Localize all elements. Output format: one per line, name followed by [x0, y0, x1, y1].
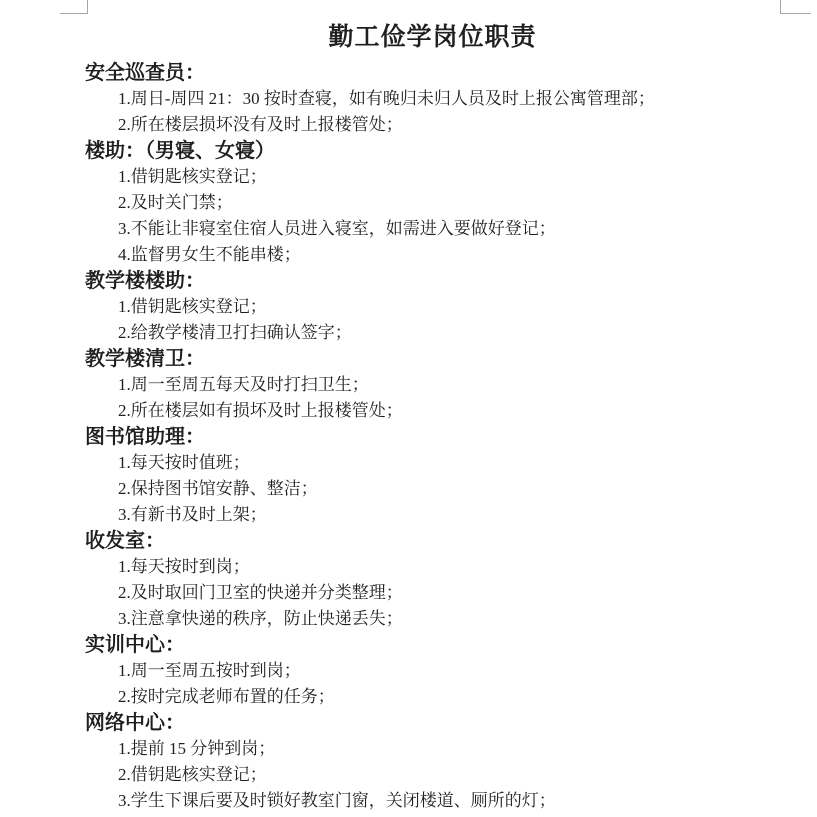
section-item: 1.提前 15 分钟到岗；: [85, 736, 780, 762]
section-heading: 教学楼清卫：: [85, 346, 780, 372]
section-item: 1.周一至周五按时到岗；: [85, 658, 780, 684]
section-heading: 实训中心：: [85, 632, 780, 658]
section-training-center: 实训中心： 1.周一至周五按时到岗； 2.按时完成老师布置的任务；: [85, 632, 780, 710]
section-heading: 安全巡查员：: [85, 60, 780, 86]
section-item: 2.借钥匙核实登记；: [85, 762, 780, 788]
section-mail-room: 收发室： 1.每天按时到岗； 2.及时取回门卫室的快递并分类整理； 3.注意拿快…: [85, 528, 780, 632]
section-item: 1.每天按时值班；: [85, 450, 780, 476]
section-item: 2.及时取回门卫室的快递并分类整理；: [85, 580, 780, 606]
section-network-center: 网络中心： 1.提前 15 分钟到岗； 2.借钥匙核实登记； 3.学生下课后要及…: [85, 710, 780, 814]
section-item: 2.保持图书馆安静、整洁；: [85, 476, 780, 502]
section-item: 2.所在楼层损坏没有及时上报楼管处；: [85, 112, 780, 138]
document-body: 勤工俭学岗位职责 安全巡查员： 1.周日-周四 21：30 按时查寝，如有晚归未…: [85, 22, 780, 814]
section-library-assistant: 图书馆助理： 1.每天按时值班； 2.保持图书馆安静、整洁； 3.有新书及时上架…: [85, 424, 780, 528]
document-title: 勤工俭学岗位职责: [85, 22, 780, 54]
section-item: 3.有新书及时上架；: [85, 502, 780, 528]
section-item: 1.借钥匙核实登记；: [85, 294, 780, 320]
margin-crop-mark-left: [60, 0, 88, 14]
section-teaching-building-assistant: 教学楼楼助： 1.借钥匙核实登记； 2.给教学楼清卫打扫确认签字；: [85, 268, 780, 346]
section-safety-patrol: 安全巡查员： 1.周日-周四 21：30 按时查寝，如有晚归未归人员及时上报公寓…: [85, 60, 780, 138]
section-heading: 网络中心：: [85, 710, 780, 736]
section-heading: 收发室：: [85, 528, 780, 554]
section-item: 3.不能让非寝室住宿人员进入寝室，如需进入要做好登记；: [85, 216, 780, 242]
section-item: 3.学生下课后要及时锁好教室门窗，关闭楼道、厕所的灯；: [85, 788, 780, 814]
section-heading: 楼助：（男寝、女寝）: [85, 138, 780, 164]
section-teaching-building-cleaning: 教学楼清卫： 1.周一至周五每天及时打扫卫生； 2.所在楼层如有损坏及时上报楼管…: [85, 346, 780, 424]
section-dorm-assistant: 楼助：（男寝、女寝） 1.借钥匙核实登记； 2.及时关门禁； 3.不能让非寝室住…: [85, 138, 780, 268]
section-item: 2.按时完成老师布置的任务；: [85, 684, 780, 710]
section-item: 1.借钥匙核实登记；: [85, 164, 780, 190]
section-item: 1.周一至周五每天及时打扫卫生；: [85, 372, 780, 398]
section-item: 4.监督男女生不能串楼；: [85, 242, 780, 268]
section-item: 2.所在楼层如有损坏及时上报楼管处；: [85, 398, 780, 424]
section-heading: 图书馆助理：: [85, 424, 780, 450]
section-item: 2.及时关门禁；: [85, 190, 780, 216]
section-item: 3.注意拿快递的秩序，防止快递丢失；: [85, 606, 780, 632]
margin-crop-mark-right: [780, 0, 811, 14]
section-item: 1.每天按时到岗；: [85, 554, 780, 580]
section-heading: 教学楼楼助：: [85, 268, 780, 294]
section-item: 2.给教学楼清卫打扫确认签字；: [85, 320, 780, 346]
document-page: 勤工俭学岗位职责 安全巡查员： 1.周日-周四 21：30 按时查寝，如有晚归未…: [0, 0, 817, 817]
section-item: 1.周日-周四 21：30 按时查寝，如有晚归未归人员及时上报公寓管理部；: [85, 86, 780, 112]
